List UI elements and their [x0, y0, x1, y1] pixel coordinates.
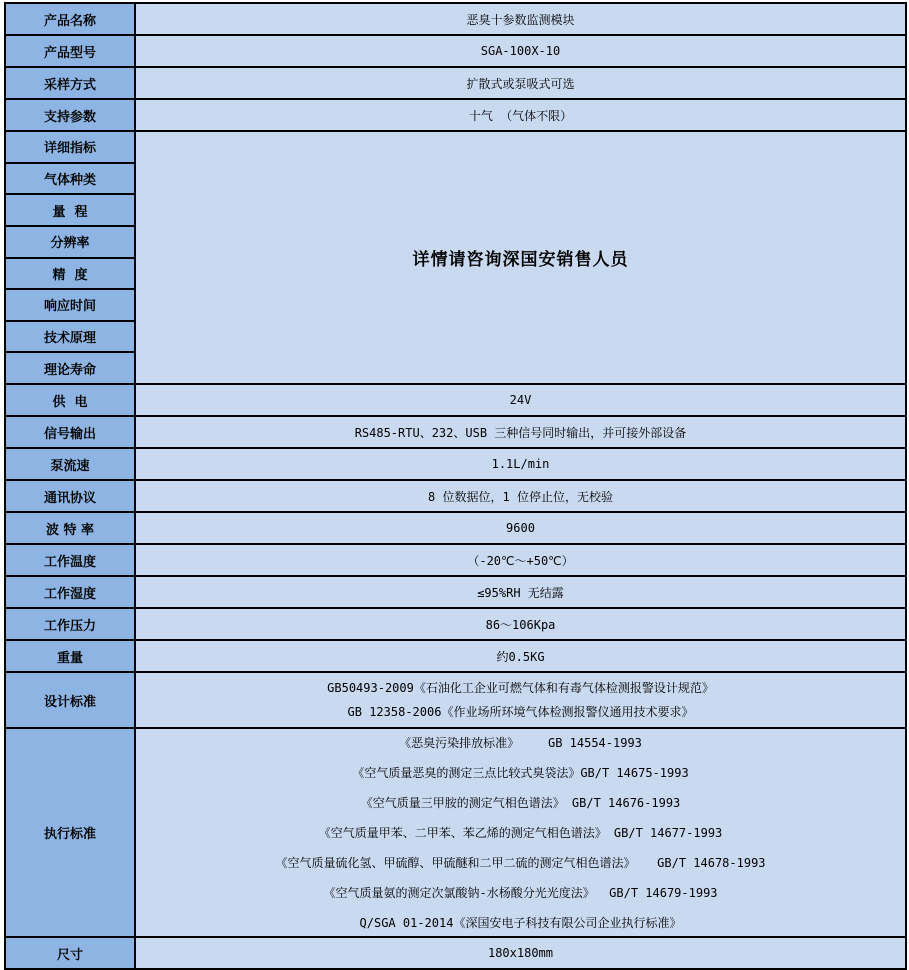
- row-label: 产品名称: [6, 4, 136, 34]
- sales-notice-text: 详情请咨询深国安销售人员: [136, 132, 905, 383]
- table-row-signal-output: 信号输出 RS485-RTU、232、USB 三种信号同时输出，并可接外部设备: [6, 417, 905, 449]
- exec-standards-list: 《恶臭污染排放标准》 GB 14554-1993 《空气质量恶臭的测定三点比较式…: [136, 729, 905, 936]
- design-standards-list: GB50493-2009《石油化工企业可燃气体和有毒气体检测报警设计规范》 GB…: [136, 673, 905, 727]
- table-row-working-pressure: 工作压力 86～106Kpa: [6, 609, 905, 641]
- table-row-comm-protocol: 通讯协议 8 位数据位，1 位停止位，无校验: [6, 481, 905, 513]
- row-value: 24V: [136, 385, 905, 415]
- row-label: 设计标准: [6, 673, 136, 727]
- table-row-product-name: 产品名称 恶臭十参数监测模块: [6, 4, 905, 36]
- row-value: 86～106Kpa: [136, 609, 905, 639]
- row-label: 工作湿度: [6, 577, 136, 607]
- row-label-range: 量 程: [6, 195, 134, 227]
- row-label: 采样方式: [6, 68, 136, 98]
- product-spec-table: 产品名称 恶臭十参数监测模块 产品型号 SGA-100X-10 采样方式 扩散式…: [4, 2, 907, 970]
- table-row-pump-flow: 泵流速 1.1L/min: [6, 449, 905, 481]
- row-label: 波 特 率: [6, 513, 136, 543]
- row-label: 信号输出: [6, 417, 136, 447]
- row-value: 约0.5KG: [136, 641, 905, 671]
- row-label: 泵流速: [6, 449, 136, 479]
- row-value: 180x180mm: [136, 938, 905, 968]
- row-value: 8 位数据位，1 位停止位，无校验: [136, 481, 905, 511]
- row-value: RS485-RTU、232、USB 三种信号同时输出，并可接外部设备: [136, 417, 905, 447]
- row-value: （-20℃～+50℃）: [136, 545, 905, 575]
- standard-line: GB 12358-2006《作业场所环境气体检测报警仪通用技术要求》: [348, 700, 694, 724]
- row-value: SGA-100X-10: [136, 36, 905, 66]
- table-row-product-model: 产品型号 SGA-100X-10: [6, 36, 905, 68]
- row-value: 扩散式或泵吸式可选: [136, 68, 905, 98]
- row-label: 供 电: [6, 385, 136, 415]
- row-label: 重量: [6, 641, 136, 671]
- table-row-size: 尺寸 180x180mm: [6, 938, 905, 968]
- row-label: 支持参数: [6, 100, 136, 130]
- row-value: 恶臭十参数监测模块: [136, 4, 905, 34]
- standard-line: 《恶臭污染排放标准》 GB 14554-1993: [399, 728, 642, 758]
- table-row-sampling-method: 采样方式 扩散式或泵吸式可选: [6, 68, 905, 100]
- row-label-gas-type: 气体种类: [6, 164, 134, 196]
- row-value: ≤95%RH 无结露: [136, 577, 905, 607]
- table-row-weight: 重量 约0.5KG: [6, 641, 905, 673]
- standard-line: 《空气质量硫化氢、甲硫醇、甲硫醚和二甲二硫的测定气相色谱法》 GB/T 1467…: [275, 848, 765, 878]
- row-label-resolution: 分辨率: [6, 227, 134, 259]
- row-label-detail-index: 详细指标: [6, 132, 134, 164]
- table-row-supported-params: 支持参数 十气 （气体不限）: [6, 100, 905, 132]
- row-value: 1.1L/min: [136, 449, 905, 479]
- table-row-power-supply: 供 电 24V: [6, 385, 905, 417]
- table-row-working-temp: 工作温度 （-20℃～+50℃）: [6, 545, 905, 577]
- row-label: 产品型号: [6, 36, 136, 66]
- table-row-exec-standards: 执行标准 《恶臭污染排放标准》 GB 14554-1993 《空气质量恶臭的测定…: [6, 729, 905, 938]
- table-row-design-standards: 设计标准 GB50493-2009《石油化工企业可燃气体和有毒气体检测报警设计规…: [6, 673, 905, 729]
- standard-line: 《空气质量恶臭的测定三点比较式臭袋法》GB/T 14675-1993: [352, 758, 688, 788]
- row-label: 通讯协议: [6, 481, 136, 511]
- row-label: 工作温度: [6, 545, 136, 575]
- row-label: 工作压力: [6, 609, 136, 639]
- standard-line: 《空气质量三甲胺的测定气相色谱法》 GB/T 14676-1993: [361, 788, 681, 818]
- standard-line: 《空气质量甲苯、二甲苯、苯乙烯的测定气相色谱法》 GB/T 14677-1993: [319, 818, 723, 848]
- row-value: 十气 （气体不限）: [136, 100, 905, 130]
- row-label-response-time: 响应时间: [6, 290, 134, 322]
- standard-line: GB50493-2009《石油化工企业可燃气体和有毒气体检测报警设计规范》: [327, 676, 714, 700]
- row-label-lifespan: 理论寿命: [6, 353, 134, 383]
- table-row-baud-rate: 波 特 率 9600: [6, 513, 905, 545]
- table-row-working-humidity: 工作湿度 ≤95%RH 无结露: [6, 577, 905, 609]
- row-label: 执行标准: [6, 729, 136, 936]
- standard-line: Q/SGA 01-2014《深国安电子科技有限公司企业执行标准》: [360, 908, 682, 938]
- standard-line: 《空气质量氨的测定次氯酸钠-水杨酸分光光度法》 GB/T 14679-1993: [323, 878, 717, 908]
- table-row-merged-details: 详细指标 气体种类 量 程 分辨率 精 度 响应时间 技术原理 理论寿命 详情请…: [6, 132, 905, 385]
- merged-label-column: 详细指标 气体种类 量 程 分辨率 精 度 响应时间 技术原理 理论寿命: [6, 132, 136, 383]
- row-label-tech-principle: 技术原理: [6, 322, 134, 354]
- row-value: 9600: [136, 513, 905, 543]
- row-label-accuracy: 精 度: [6, 259, 134, 291]
- row-label: 尺寸: [6, 938, 136, 968]
